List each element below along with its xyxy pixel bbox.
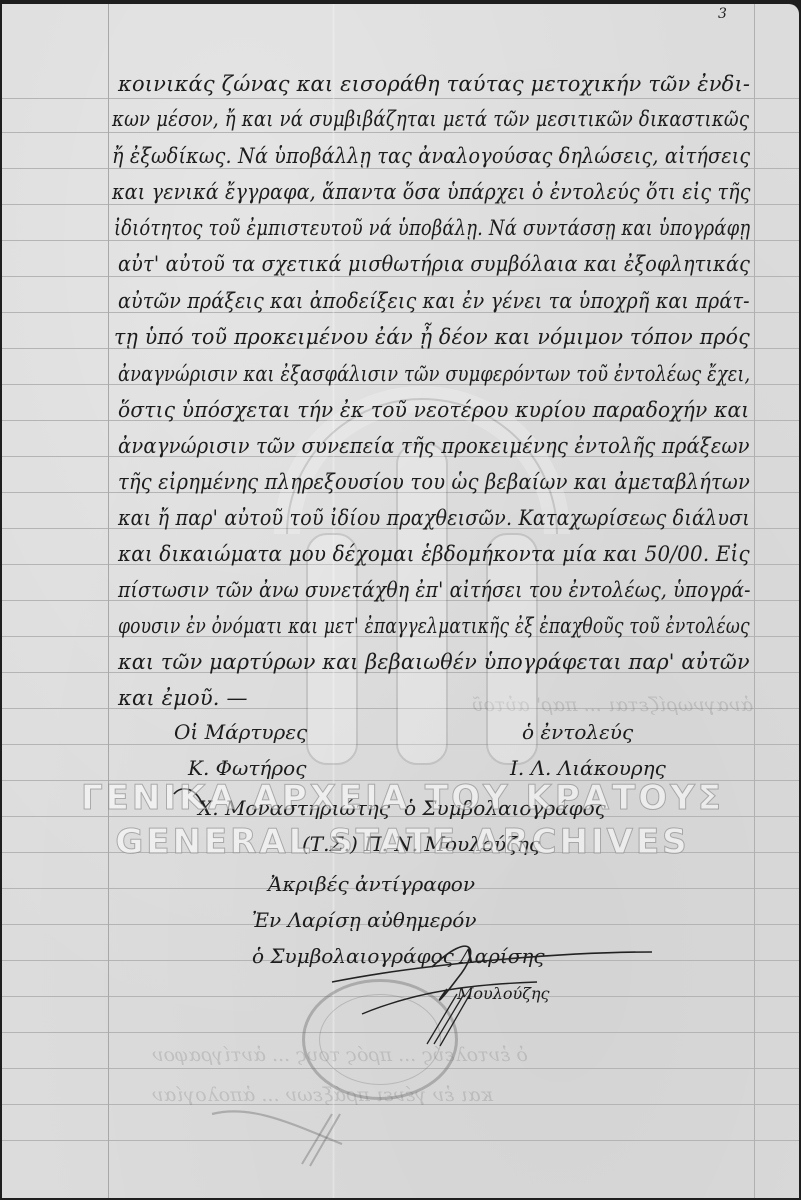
body-line: και τῶν μαρτύρων και βεβαιωθέν ὑπογράφετ… — [118, 650, 750, 674]
rule-line — [2, 1140, 799, 1141]
principal-label: ὁ ἐντολεύς — [522, 720, 633, 744]
body-line: πίστωσιν τῶν ἀνω συνετάχθη ἐπ' αἰτήσει τ… — [118, 578, 751, 602]
rule-line — [2, 816, 799, 817]
witnesses-label: Οἱ Μάρτυρες — [174, 720, 307, 744]
page-number: 3 — [718, 6, 727, 22]
body-line: κοινικάς ζώνας και εισοράθη ταύτας μετοχ… — [118, 72, 750, 96]
body-line: και γενικά ἔγγραφα, ἅπαντα ὅσα ὑπάρχει ὁ… — [112, 180, 751, 204]
document-page: ἀναγνωρίζεται ... παρ' αὐτοῦ ὁ ἐντολεύς … — [2, 4, 799, 1198]
body-line: και ἐμοῦ. — — [118, 686, 248, 710]
principal-signature: Ι. Λ. Λιάκουρης — [510, 756, 666, 780]
body-line: και δικαιώματα μου δέχομαι ἑβδομήκοντα μ… — [118, 542, 750, 566]
certified-copy-label: Ἀκριβές ἀντίγραφον — [268, 872, 475, 896]
notary-stamp — [302, 979, 458, 1100]
rule-line — [2, 240, 799, 241]
rule-line — [2, 98, 799, 99]
body-line: ἀναγνώρισιν και ἐξασφάλισιν τῶν συμφερόν… — [118, 362, 750, 386]
rule-line — [2, 168, 799, 169]
notary-stamp-inner-ring — [319, 994, 441, 1085]
witness-2-signature: Χ. Μοναστηριώτης — [198, 796, 390, 820]
place-date: Ἐν Λαρίσῃ αὐθημερόν — [252, 908, 477, 932]
body-line: τῃ ὑπό τοῦ προκειμένου ἐάν ᾖ δέον και νό… — [114, 325, 750, 349]
notary-seal-signature: (Τ.Σ.) Π. Ν. Μουλούζης — [302, 832, 540, 856]
rule-line — [2, 204, 799, 205]
body-line: ἤ ἐξωδίκως. Νά ὑποβάλλῃ τας ἀναλογούσας … — [112, 144, 750, 168]
right-margin-line — [754, 4, 755, 1198]
witness-1-signature: Κ. Φωτήρος — [188, 756, 306, 780]
body-line: κων μέσον, ἤ και νά συμβιβάζηται μετά τῶ… — [112, 107, 749, 131]
body-line: και ἤ παρ' αὐτοῦ τοῦ ἰδίου πραχθεισῶν. Κ… — [118, 506, 750, 530]
body-line: ὅστις ὑπόσχεται τήν ἐκ τοῦ νεοτέρου κυρί… — [118, 398, 749, 422]
rule-line — [2, 780, 799, 781]
body-line: τῆς εἰρημένης πληρεξουσίου του ὡς βεβαίω… — [118, 470, 750, 494]
notary-label: ὁ Συμβολαιογράφος — [404, 796, 606, 820]
notary-signature: Μουλούζης — [457, 984, 549, 1003]
body-line: φουσιν ἐν ὀνόματι και μετ' ἐπαγγελματικῆ… — [118, 614, 750, 638]
body-line: αὐτ' αὐτοῦ τα σχετικά μισθωτήρια συμβόλα… — [118, 252, 750, 276]
rule-line — [2, 132, 799, 133]
body-line: αὐτῶν πράξεις και ἀποδείξεις και ἐν γένε… — [118, 289, 750, 313]
body-line: ἰδιότητος τοῦ ἐμπιστευτοῦ νά ὑποβάλῃ. Νά… — [114, 216, 750, 240]
watermark-greek: ΓΕΝΙΚΑ ΑΡΧΕΙΑ ΤΟΥ ΚΡΑΤΟΥΣ — [2, 778, 799, 818]
body-line: ἀναγνώρισιν τῶν συνεπεία τῆς προκειμένης… — [118, 434, 750, 458]
rule-line — [2, 276, 799, 277]
notary-closing-label: ὁ Συμβολαιογράφος Λαρίσης — [252, 944, 545, 968]
show-through-text: και ἐν γένει πράξεων ... ἀπολογίαν — [152, 1084, 493, 1106]
left-margin-line — [108, 4, 109, 1198]
